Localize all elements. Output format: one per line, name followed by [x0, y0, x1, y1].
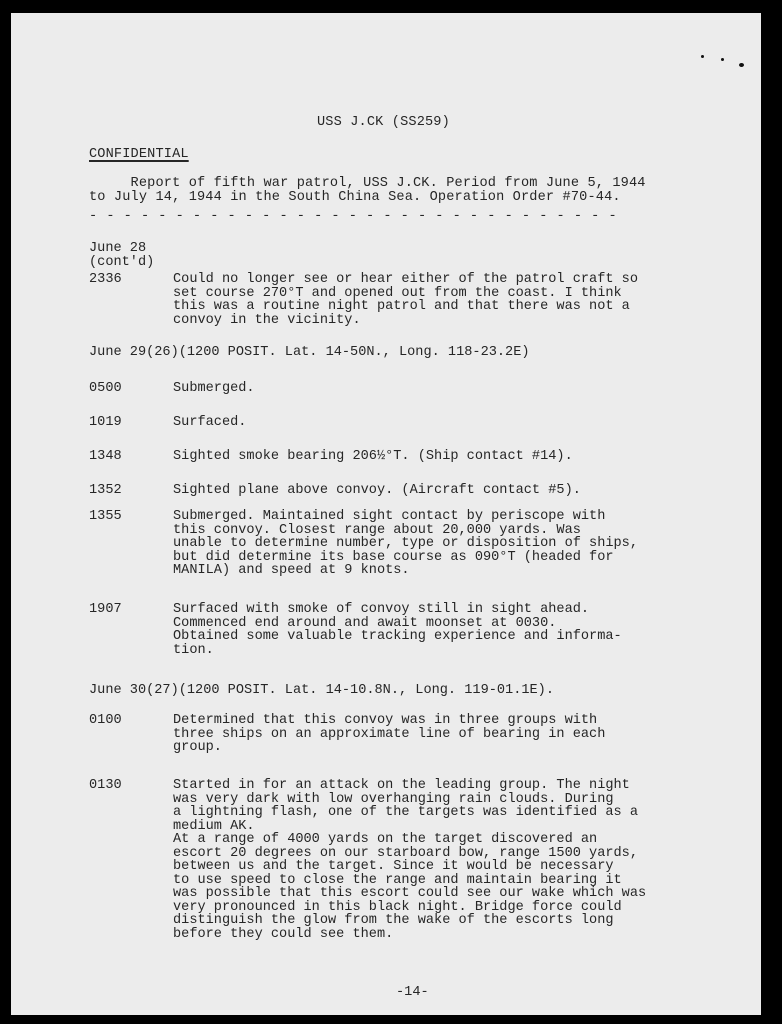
section-heading-june-29: June 29(26)(1200 POSIT. Lat. 14-50N., Lo… — [89, 346, 530, 360]
entry-time: 0100 — [89, 714, 122, 728]
intro-line-2: to July 14, 1944 in the South China Sea.… — [89, 191, 621, 205]
entry-text: Sighted smoke bearing 206½°T. (Ship cont… — [173, 450, 573, 464]
entry-text: Could no longer see or hear either of th… — [173, 273, 638, 327]
separator-line: - - - - - - - - - - - - - - - - - - - - … — [89, 210, 617, 224]
entry-time: 1019 — [89, 416, 122, 430]
ink-speck — [701, 55, 704, 58]
entry-time: 1352 — [89, 484, 122, 498]
ink-speck — [739, 63, 744, 67]
entry-text: Surfaced. — [173, 416, 246, 430]
entry-text: Sighted plane above convoy. (Aircraft co… — [173, 484, 581, 498]
entry-text: Surfaced with smoke of convoy still in s… — [173, 603, 622, 657]
section-heading-june-28: June 28 (cont'd) — [89, 242, 154, 269]
page-number: -14- — [396, 985, 429, 1000]
entry-time: 1348 — [89, 450, 122, 464]
entry-text: Determined that this convoy was in three… — [173, 714, 605, 755]
section-heading-june-30: June 30(27)(1200 POSIT. Lat. 14-10.8N., … — [89, 684, 554, 698]
document-page: USS J.CK (SS259) CONFIDENTIAL Report of … — [11, 13, 761, 1015]
entry-time: 0130 — [89, 779, 122, 793]
entry-time: 1355 — [89, 510, 122, 524]
ink-speck — [721, 58, 724, 61]
entry-text: Submerged. — [173, 382, 255, 396]
entry-time: 1907 — [89, 603, 122, 617]
classification-label: CONFIDENTIAL — [89, 148, 189, 162]
document-title: USS J.CK (SS259) — [317, 116, 450, 130]
entry-time: 2336 — [89, 273, 122, 287]
intro-line-1: Report of fifth war patrol, USS J.CK. Pe… — [89, 177, 646, 191]
entry-text: Submerged. Maintained sight contact by p… — [173, 510, 638, 578]
entry-time: 0500 — [89, 382, 122, 396]
entry-text: Started in for an attack on the leading … — [173, 779, 646, 941]
